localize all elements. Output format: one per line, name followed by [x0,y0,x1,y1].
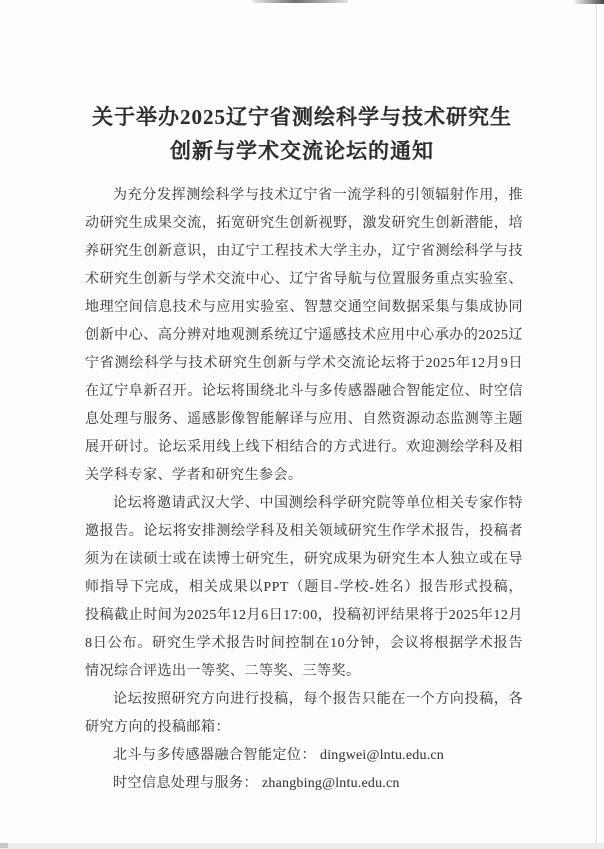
contact-direction-label: 北斗与多传感器融合智能定位： [113,748,316,763]
contact-direction-label: 时空信息处理与服务： [113,776,258,791]
document-title: 关于举办2025辽宁省测绘科学与技术研究生 创新与学术交流论坛的通知 [40,100,564,168]
document-title-line-2: 创新与学术交流论坛的通知 [40,134,564,168]
contact-line-beidou-positioning: 北斗与多传感器融合智能定位： dingwei@lntu.edu.cn [85,742,523,770]
scanned-document-page: 关于举办2025辽宁省测绘科学与技术研究生 创新与学术交流论坛的通知 为充分发挥… [0,0,604,849]
scan-edge-smudge-top [252,0,348,3]
document-body: 为充分发挥测绘科学与技术辽宁省一流学科的引领辐射作用，推动研究生成果交流，拓宽研… [85,182,523,798]
contact-line-spatiotemporal-services: 时空信息处理与服务： zhangbing@lntu.edu.cn [85,770,523,798]
paragraph-submission-directions: 论坛按照研究方向进行投稿，每个报告只能在一个方向投稿，各研究方向的投稿邮箱： [85,686,523,742]
scan-edge-mark-bottom-left [0,843,8,848]
contact-email-address: dingwei@lntu.edu.cn [320,748,444,763]
contact-email-address: zhangbing@lntu.edu.cn [262,776,400,791]
scan-edge-smudge-top-right [574,0,604,4]
paragraph-forum-introduction: 为充分发挥测绘科学与技术辽宁省一流学科的引领辐射作用，推动研究生成果交流，拓宽研… [85,182,523,490]
document-title-line-1: 关于举办2025辽宁省测绘科学与技术研究生 [40,100,564,134]
paragraph-submission-requirements: 论坛将邀请武汉大学、中国测绘科学研究院等单位相关专家作特邀报告。论坛将安排测绘学… [85,490,523,686]
scan-edge-band-bottom [0,843,604,849]
scan-edge-line-right [596,3,597,849]
